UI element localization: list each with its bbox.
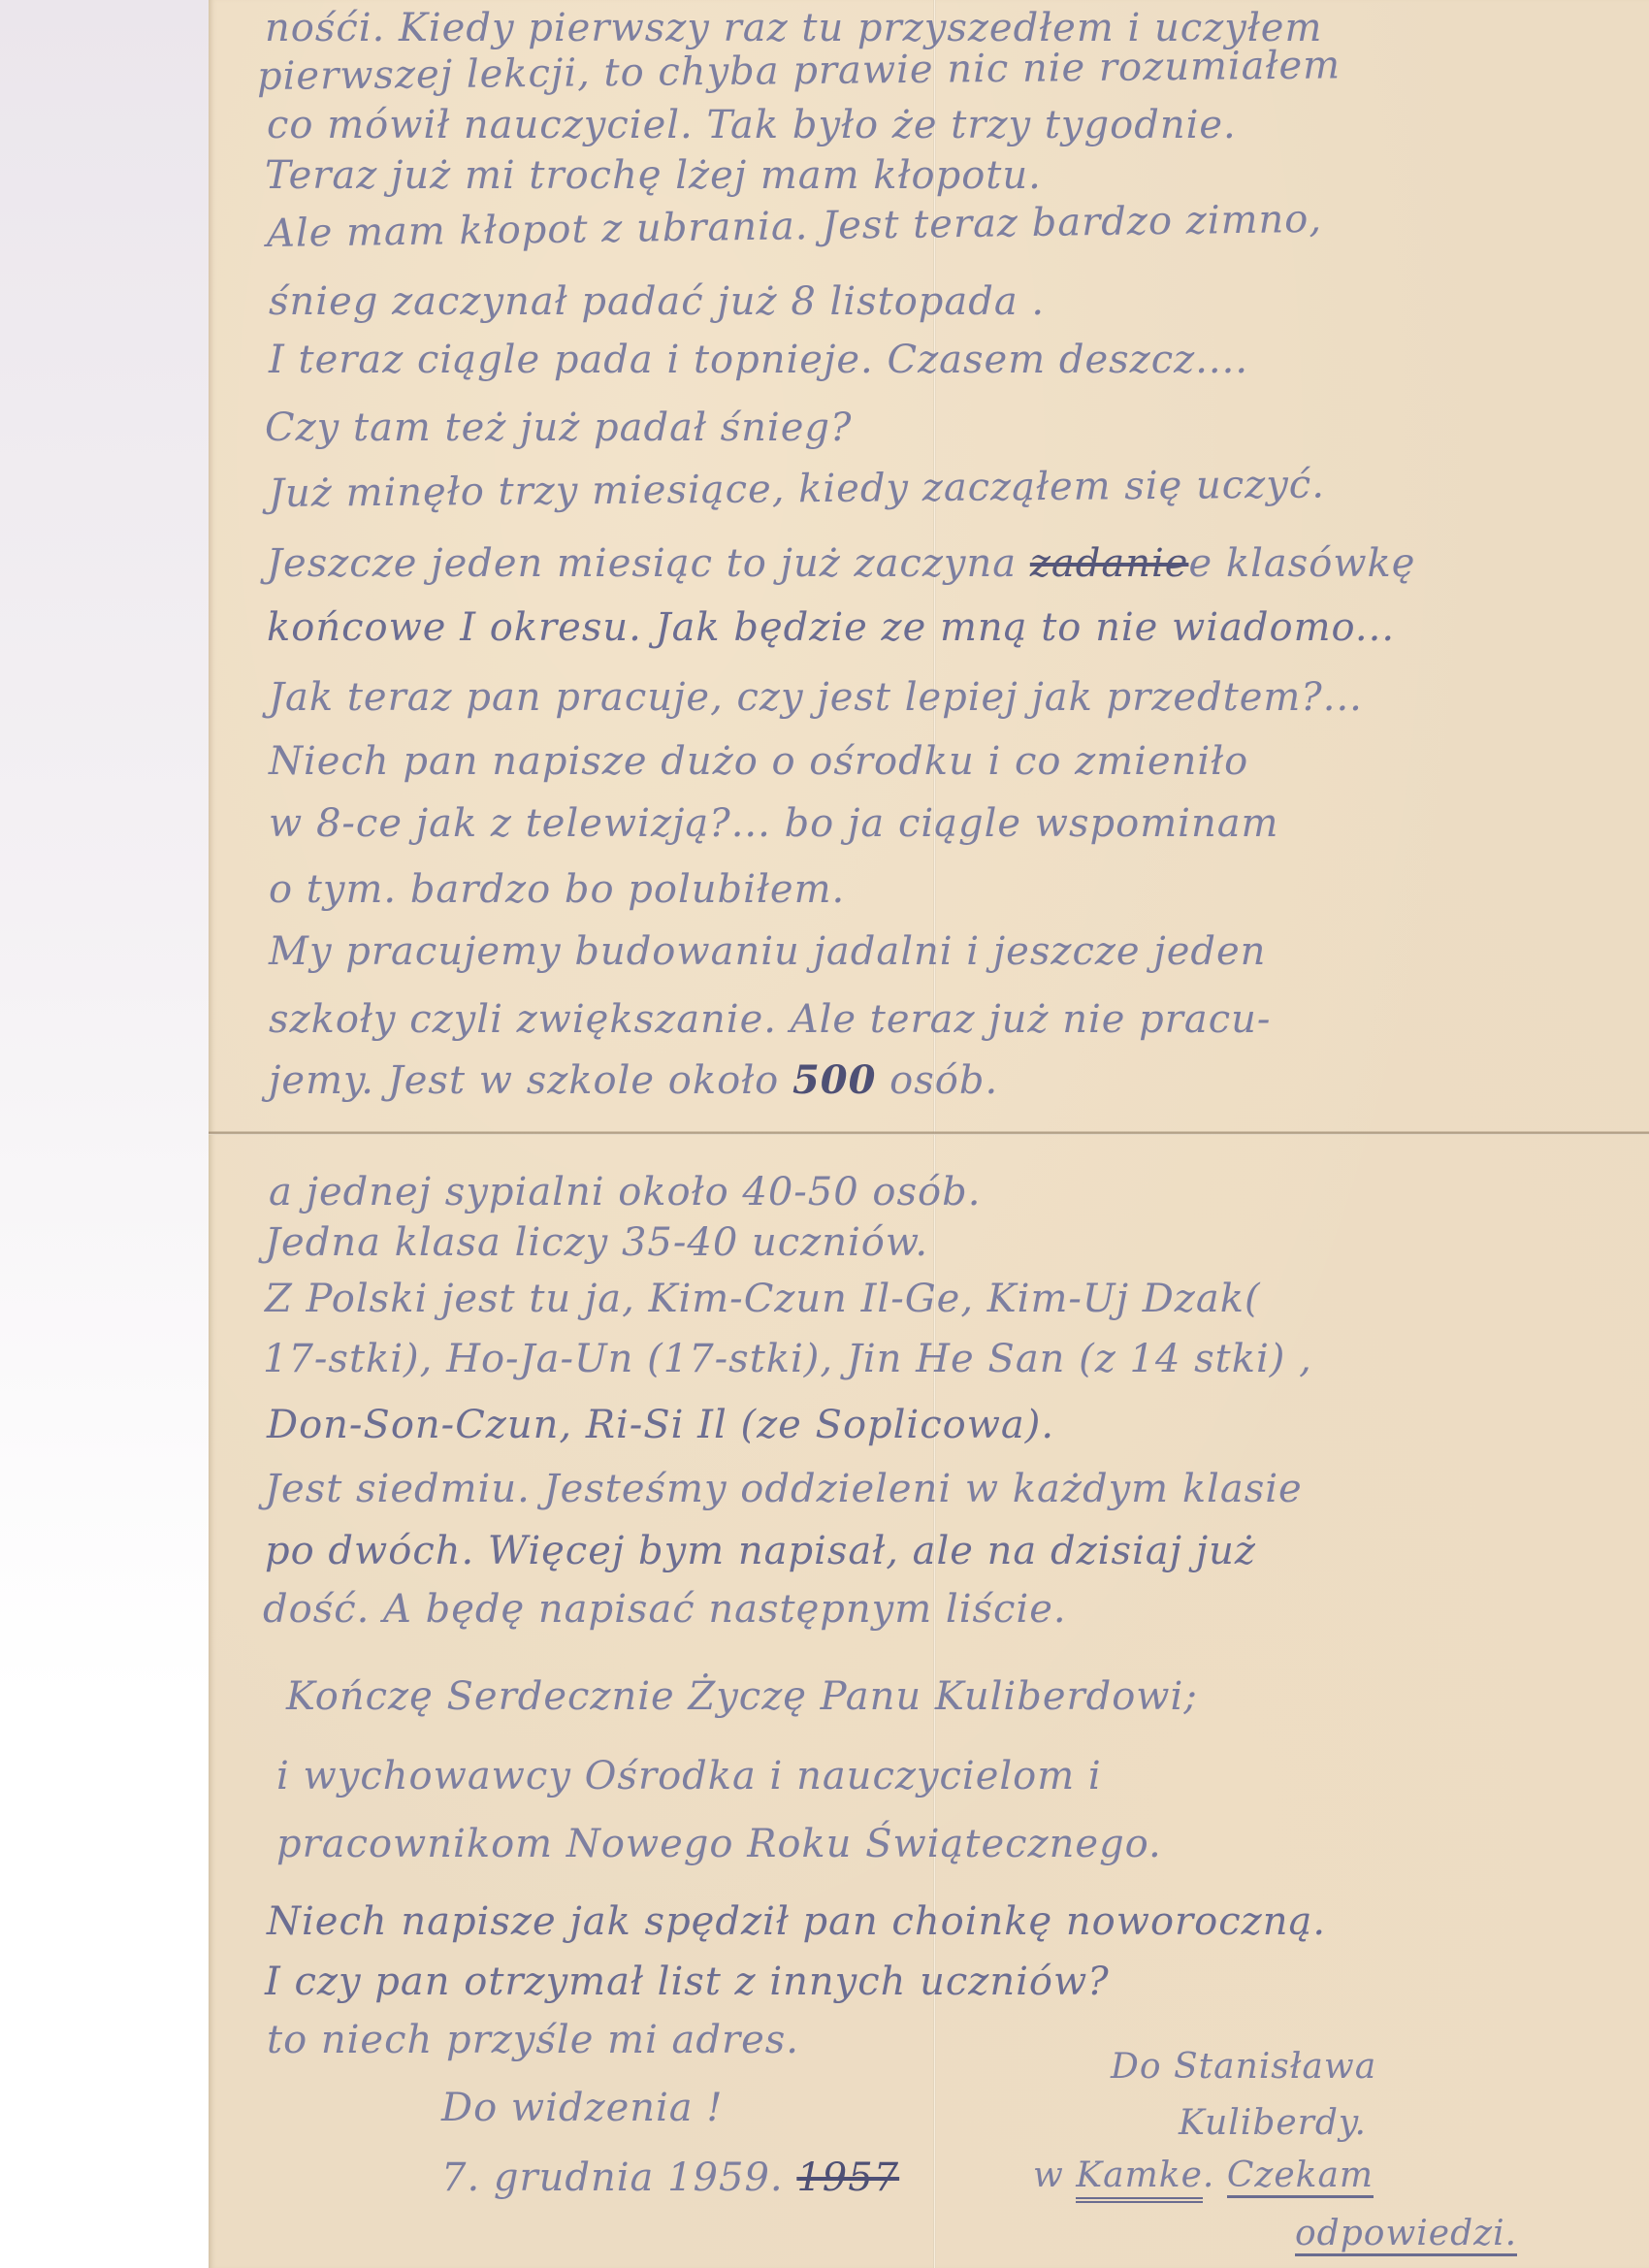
address-place: Kamke: [1076, 2155, 1203, 2203]
letter-line-13: Niech pan napisze dużo o ośrodku i co zm…: [269, 739, 1248, 784]
letter-line-10: Jeszcze jeden miesiąc to już zaczyna zad…: [267, 541, 1415, 586]
letter-line-6: śnieg zaczynał padać już 8 listopada .: [269, 279, 1045, 324]
letter-line-17: szkoły czyli zwiększanie. Ale teraz już …: [269, 997, 1271, 1042]
school-count-number: 500: [792, 1057, 877, 1103]
letter-line-23: Don-Son-Czun, Ri-Si Il (ze Soplicowa).: [267, 1403, 1054, 1447]
letter-line-9: Już minęło trzy miesiące, kiedy zacząłem…: [269, 462, 1325, 516]
letter-page: nośći. Kiedy pierwszy raz tu przyszedłem…: [209, 0, 1649, 2268]
struck-year: 1957: [796, 2155, 899, 2200]
letter-line-32: to niech przyśle mi adres.: [267, 2018, 799, 2062]
letter-line-31: I czy pan otrzymał list z innych uczniów…: [265, 1960, 1110, 2004]
line-18-text: jemy. Jest w szkole około: [269, 1058, 779, 1103]
letter-line-11: końcowe I okresu. Jak będzie ze mną to n…: [267, 605, 1395, 650]
letter-line-20: Jedna klasa liczy 35-40 uczniów.: [265, 1220, 928, 1265]
letter-line-2: pierwszej lekcji, to chyba prawie nic ni…: [257, 43, 1342, 99]
letter-line-15: o tym. bardzo bo polubiłem.: [269, 867, 845, 912]
horizontal-fold-crease: [209, 1131, 1649, 1135]
letter-date: 7. grudnia 1959. 1957: [441, 2155, 899, 2200]
reply-request: Czekam: [1227, 2155, 1374, 2198]
letter-line-30: Niech napisze jak spędził pan choinkę no…: [267, 1899, 1326, 1944]
scan-margin: [0, 0, 209, 2268]
reply-request-2: odpowiedzi.: [1295, 2214, 1517, 2253]
letter-line-21: Z Polski jest tu ja, Kim-Czun Il-Ge, Kim…: [265, 1277, 1261, 1321]
letter-line-3: co mówił nauczyciel. Tak było że trzy ty…: [267, 103, 1237, 147]
letter-line-29: pracownikom Nowego Roku Świątecznego.: [276, 1822, 1162, 1866]
letter-line-16: My pracujemy budowaniu jadalni i jeszcze…: [269, 929, 1266, 974]
line-18-suffix: osób.: [876, 1058, 998, 1103]
letter-line-18: jemy. Jest w szkole około 500 osób.: [269, 1057, 998, 1103]
letter-line-5: Ale mam kłopot z ubrania. Jest teraz bar…: [267, 197, 1323, 256]
letter-line-12: Jak teraz pan pracuje, czy jest lepiej j…: [269, 675, 1363, 720]
letter-line-27: Kończę Serdecznie Życzę Panu Kuliberdowi…: [286, 1674, 1198, 1719]
address-prefix: w: [1033, 2155, 1064, 2195]
reply-request-word: odpowiedzi.: [1295, 2214, 1517, 2256]
letter-line-1: nośći. Kiedy pierwszy raz tu przyszedłem…: [265, 6, 1322, 50]
line-10-text: Jeszcze jeden miesiąc to już zaczyna: [267, 541, 1017, 586]
line-10-suffix: e klasówkę: [1188, 541, 1415, 586]
letter-line-14: w 8-ce jak z telewizją?... bo ja ciągle …: [269, 801, 1278, 846]
address-line-1: Do Stanisława: [1111, 2047, 1376, 2087]
letter-line-7: I teraz ciągle pada i topnieje. Czasem d…: [269, 338, 1248, 382]
letter-line-8: Czy tam też już padał śnieg?: [265, 405, 852, 450]
address-line-2: Kuliberdy.: [1179, 2103, 1367, 2143]
address-line-3: w Kamke. Czekam: [1033, 2155, 1374, 2195]
letter-line-25: po dwóch. Więcej bym napisał, ale na dzi…: [265, 1529, 1256, 1573]
letter-line-22: 17-stki), Ho-Ja-Un (17-stki), Jin He San…: [263, 1337, 1312, 1381]
letter-line-19: a jednej sypialni około 40-50 osób.: [269, 1170, 981, 1215]
farewell: Do widzenia !: [441, 2086, 723, 2130]
letter-line-4: Teraz już mi trochę lżej mam kłopotu.: [265, 153, 1042, 198]
date-text: 7. grudnia 1959.: [441, 2155, 784, 2200]
letter-line-26: dość. A będę napisać następnym liście.: [263, 1587, 1067, 1632]
letter-line-28: i wychowawcy Ośrodka i nauczycielom i: [276, 1754, 1102, 1798]
crossed-out-word: zadanie: [1030, 541, 1189, 586]
letter-line-24: Jest siedmiu. Jesteśmy oddzieleni w każd…: [265, 1467, 1303, 1511]
address-suffix: .: [1203, 2155, 1214, 2195]
